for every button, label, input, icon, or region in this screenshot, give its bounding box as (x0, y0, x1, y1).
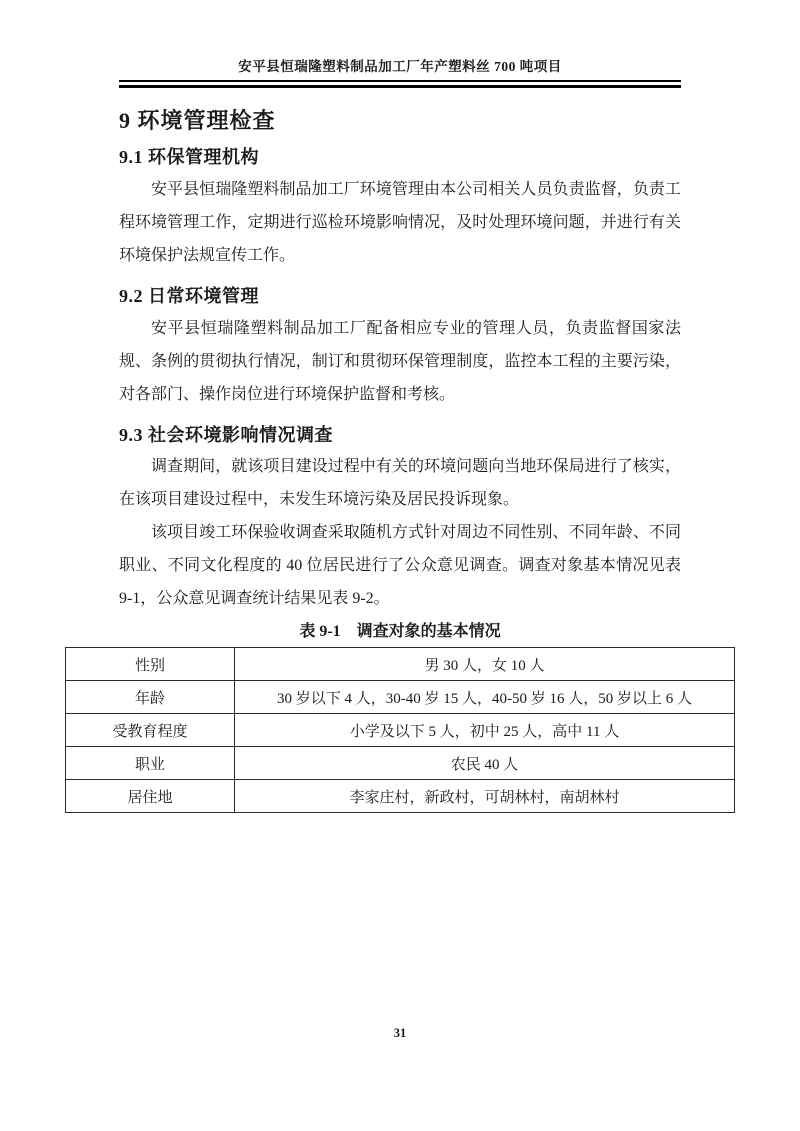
row-label: 年龄 (66, 681, 235, 714)
table-row-occupation: 职业 农民 40 人 (66, 747, 735, 780)
row-value: 农民 40 人 (235, 747, 735, 780)
row-label: 性别 (66, 648, 235, 681)
table-row-gender: 性别 男 30 人，女 10 人 (66, 648, 735, 681)
survey-subjects-table: 性别 男 30 人，女 10 人 年龄 30 岁以下 4 人，30-40 岁 1… (65, 647, 735, 813)
row-value: 30 岁以下 4 人，30-40 岁 15 人，40-50 岁 16 人，50 … (235, 681, 735, 714)
header-title: 安平县恒瑞隆塑料制品加工厂年产塑料丝 700 吨项目 (0, 0, 800, 75)
paragraph-9-1: 安平县恒瑞隆塑料制品加工厂环境管理由本公司相关人员负责监督，负责工程环境管理工作… (119, 173, 681, 272)
paragraph-9-2: 安平县恒瑞隆塑料制品加工厂配备相应专业的管理人员，负责监督国家法规、条例的贯彻执… (119, 312, 681, 411)
page-number: 31 (0, 1026, 800, 1041)
section-heading-9-1: 9.1 环保管理机构 (119, 147, 681, 168)
table-caption: 表 9-1 调查对象的基本情况 (119, 621, 681, 643)
document-body: 9 环境管理检查 9.1 环保管理机构 安平县恒瑞隆塑料制品加工厂环境管理由本公… (119, 108, 681, 643)
row-value: 小学及以下 5 人，初中 25 人，高中 11 人 (235, 714, 735, 747)
document-page: 安平县恒瑞隆塑料制品加工厂年产塑料丝 700 吨项目 9 环境管理检查 9.1 … (0, 0, 800, 1131)
row-value: 李家庄村，新政村，可胡林村，南胡林村 (235, 780, 735, 813)
row-value: 男 30 人，女 10 人 (235, 648, 735, 681)
section-heading-9-3: 9.3 社会环境影响情况调查 (119, 425, 681, 446)
section-heading-9-2: 9.2 日常环境管理 (119, 286, 681, 307)
row-label: 受教育程度 (66, 714, 235, 747)
table-row-age: 年龄 30 岁以下 4 人，30-40 岁 15 人，40-50 岁 16 人，… (66, 681, 735, 714)
table-row-residence: 居住地 李家庄村，新政村，可胡林村，南胡林村 (66, 780, 735, 813)
table-row-education: 受教育程度 小学及以下 5 人，初中 25 人，高中 11 人 (66, 714, 735, 747)
row-label: 居住地 (66, 780, 235, 813)
header-divider (119, 80, 681, 88)
paragraph-9-3-b: 该项目竣工环保验收调查采取随机方式针对周边不同性别、不同年龄、不同职业、不同文化… (119, 516, 681, 615)
section-heading-9: 9 环境管理检查 (119, 108, 681, 133)
row-label: 职业 (66, 747, 235, 780)
paragraph-9-3-a: 调查期间，就该项目建设过程中有关的环境问题向当地环保局进行了核实，在该项目建设过… (119, 450, 681, 516)
